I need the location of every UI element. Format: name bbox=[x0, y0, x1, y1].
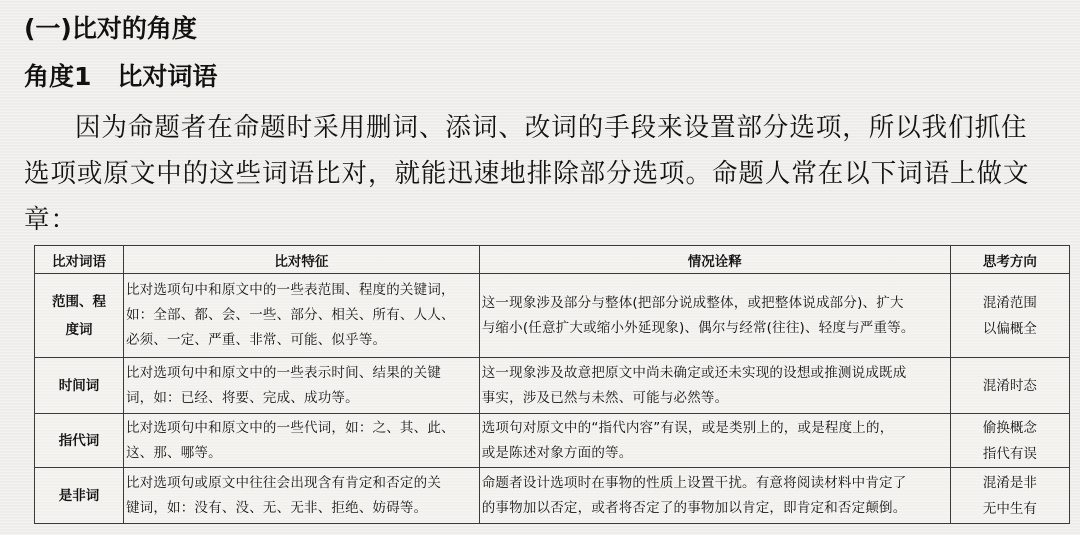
table-row: 是非词 比对选项句或原文中往往会出现含有肯定和否定的关 键词，如：没有、没、无、… bbox=[35, 468, 1070, 524]
direction-line: 无中生有 bbox=[953, 496, 1067, 522]
header-cell-term: 比对词语 bbox=[35, 246, 124, 274]
direction-line: 偷换概念 bbox=[953, 415, 1067, 441]
feature-line: 键词，如：没有、没、无、无非、拒绝、妨碍等。 bbox=[126, 496, 477, 521]
explanation-cell: 选项句对原文中的“指代内容”有误，或是类别上的，或是程度上的， 或是陈述对象方面… bbox=[479, 414, 950, 468]
feature-line: 必须、一定、严重、非常、可能、似乎等。 bbox=[126, 328, 477, 353]
term-cell: 时间词 bbox=[35, 358, 124, 414]
explanation-line: 选项句对原文中的“指代内容”有误，或是类别上的，或是程度上的， bbox=[482, 416, 948, 441]
explanation-line: 这一现象涉及故意把原文中尚未确定或还未实现的设想或推测说成既成 bbox=[482, 361, 948, 386]
direction-line: 混淆范围 bbox=[953, 290, 1067, 316]
term-line: 度词 bbox=[45, 316, 113, 344]
explanation-line: 事实，涉及已然与未然、可能与必然等。 bbox=[482, 386, 948, 411]
header-cell-feature: 比对特征 bbox=[123, 246, 479, 274]
header-cell-direction: 思考方向 bbox=[950, 246, 1069, 274]
table-row: 指代词 比对选项句中和原文中的一些代词，如：之、其、此、 这、那、哪等。 选项句… bbox=[35, 414, 1070, 468]
feature-line: 词，如：已经、将要、完成、成功等。 bbox=[126, 386, 477, 411]
explanation-line: 或是陈述对象方面的等。 bbox=[482, 441, 948, 466]
term-line: 指代词 bbox=[45, 427, 113, 455]
direction-line: 混淆时态 bbox=[953, 373, 1067, 399]
feature-cell: 比对选项句或原文中往往会出现含有肯定和否定的关 键词，如：没有、没、无、无非、拒… bbox=[123, 468, 479, 524]
feature-line: 比对选项句或原文中往往会出现含有肯定和否定的关 bbox=[126, 471, 477, 496]
subheading-label: 角度1 bbox=[24, 62, 91, 91]
subheading: 角度1比对词语 bbox=[24, 60, 217, 94]
table-row: 范围、程 度词 比对选项句中和原文中的一些表范围、程度的关键词， 如：全部、都、… bbox=[35, 274, 1070, 358]
term-cell: 指代词 bbox=[35, 414, 124, 468]
feature-line: 如：全部、都、会、一些、部分、相关、所有、人人、 bbox=[126, 303, 477, 328]
feature-cell: 比对选项句中和原文中的一些代词，如：之、其、此、 这、那、哪等。 bbox=[123, 414, 479, 468]
table-header-row: 比对词语 比对特征 情况诠释 思考方向 bbox=[35, 246, 1070, 274]
explanation-cell: 这一现象涉及故意把原文中尚未确定或还未实现的设想或推测说成既成 事实，涉及已然与… bbox=[479, 358, 950, 414]
feature-line: 比对选项句中和原文中的一些代词，如：之、其、此、 bbox=[126, 416, 477, 441]
comparison-table: 比对词语 比对特征 情况诠释 思考方向 范围、程 度词 比对选项句中和原文中的一… bbox=[34, 245, 1070, 524]
term-line: 时间词 bbox=[45, 372, 113, 400]
direction-cell: 偷换概念 指代有误 bbox=[950, 414, 1069, 468]
direction-cell: 混淆范围 以偏概全 bbox=[950, 274, 1069, 358]
explanation-line: 的事物加以否定，或者将否定了的事物加以肯定，即肯定和否定颠倒。 bbox=[482, 496, 948, 521]
direction-line: 指代有误 bbox=[953, 441, 1067, 467]
term-line: 是非词 bbox=[45, 482, 113, 510]
explanation-line: 与缩小(任意扩大或缩小外延现象)、偶尔与经常(往往)、轻度与严重等。 bbox=[482, 316, 948, 341]
direction-cell: 混淆时态 bbox=[950, 358, 1069, 414]
subheading-title: 比对词语 bbox=[117, 62, 217, 91]
term-cell: 范围、程 度词 bbox=[35, 274, 124, 358]
direction-cell: 混淆是非 无中生有 bbox=[950, 468, 1069, 524]
feature-line: 这、那、哪等。 bbox=[126, 441, 477, 466]
feature-cell: 比对选项句中和原文中的一些表范围、程度的关键词， 如：全部、都、会、一些、部分、… bbox=[123, 274, 479, 358]
intro-paragraph: 因为命题者在命题时采用删词、添词、改词的手段来设置部分选项，所以我们抓住选项或原… bbox=[24, 105, 1043, 243]
feature-cell: 比对选项句中和原文中的一些表示时间、结果的关键 词，如：已经、将要、完成、成功等… bbox=[123, 358, 479, 414]
section-heading: (一)比对的角度 bbox=[24, 12, 197, 46]
direction-line: 混淆是非 bbox=[953, 470, 1067, 496]
feature-line: 比对选项句中和原文中的一些表示时间、结果的关键 bbox=[126, 361, 477, 386]
table-row: 时间词 比对选项句中和原文中的一些表示时间、结果的关键 词，如：已经、将要、完成… bbox=[35, 358, 1070, 414]
explanation-cell: 这一现象涉及部分与整体(把部分说成整体，或把整体说成部分)、扩大 与缩小(任意扩… bbox=[479, 274, 950, 358]
explanation-cell: 命题者设计选项时在事物的性质上设置干扰。有意将阅读材料中肯定了 的事物加以否定，… bbox=[479, 468, 950, 524]
feature-line: 比对选项句中和原文中的一些表范围、程度的关键词， bbox=[126, 278, 477, 303]
header-cell-explanation: 情况诠释 bbox=[479, 246, 950, 274]
term-line: 范围、程 bbox=[45, 288, 113, 316]
explanation-line: 命题者设计选项时在事物的性质上设置干扰。有意将阅读材料中肯定了 bbox=[482, 471, 948, 496]
direction-line: 以偏概全 bbox=[953, 316, 1067, 342]
term-cell: 是非词 bbox=[35, 468, 124, 524]
explanation-line: 这一现象涉及部分与整体(把部分说成整体，或把整体说成部分)、扩大 bbox=[482, 291, 948, 316]
